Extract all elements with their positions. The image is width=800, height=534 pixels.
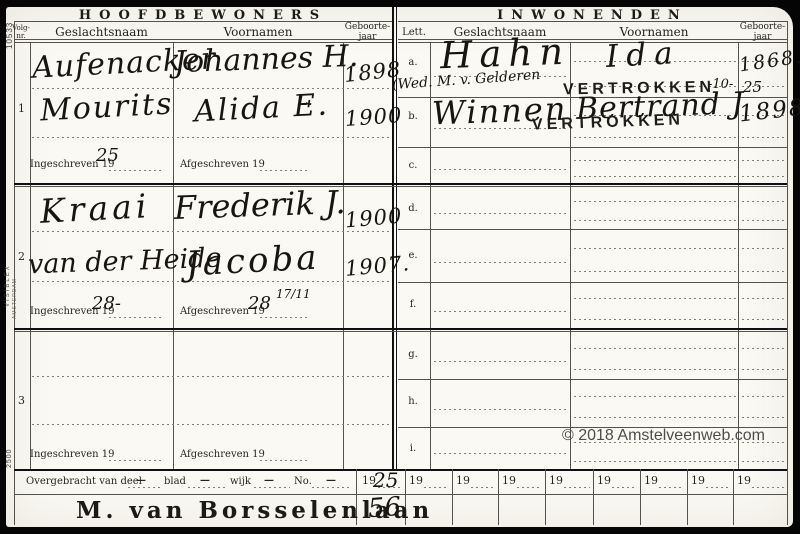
lett-c: c. [398,160,428,172]
dotted-rule [574,369,736,370]
dotted-rule [109,460,161,461]
serial-number-bottom: 2500 [6,448,13,468]
dotted-rule [742,201,785,202]
dotted-rule [32,88,390,89]
afgeschreven-date: 17/11 [276,288,311,300]
birthyear-entry: 1898 [738,97,800,127]
dotted-rule [742,396,785,397]
year-cell: 19 [644,475,658,488]
table-rule [14,469,787,471]
year-cell: 19 [409,475,423,488]
lett-i: i. [398,443,428,455]
dotted-rule [434,409,568,410]
dotted-rule [574,160,736,161]
table-rule [570,42,571,469]
table-rule [14,21,15,525]
dotted-rule [742,176,785,177]
dotted-rule [471,487,495,488]
column-header-firstnames: Voornamen [173,26,343,40]
dotted-rule [742,461,785,462]
dotted-rule [659,487,684,488]
dotted-rule [742,137,785,138]
table-rule [593,469,594,525]
dotted-rule [574,248,736,249]
no-dash: — [326,475,336,487]
dotted-rule [260,170,308,171]
row-number: 3 [18,395,25,408]
element: Volg- [12,24,30,32]
firstnames-entry: Johannes H. [174,42,359,78]
year-cell-value: 25 [373,470,398,490]
dotted-rule [434,169,568,170]
blad-label: blad [164,476,186,488]
table-rule [640,469,641,525]
table-rule [398,282,787,283]
dotted-rule [188,487,226,488]
hoofdbewoners-title: HOOFDBEWONERS [14,8,392,23]
widow-note: (Wed. M. v. Gelderen [392,68,541,92]
lett-d: d. [398,203,428,215]
birthyear-entry: 1900 [344,105,403,130]
dotted-rule [574,319,736,320]
dotted-rule [260,460,308,461]
dotted-rule [706,487,730,488]
dotted-rule [564,487,590,488]
dotted-rule [128,487,160,488]
transfer-label: Overgebracht van deel [26,476,142,488]
population-register-card: 10533 VISIBLEX AMSTERDAM 2500 HOOFDBEWON… [6,7,793,527]
ingeschreven-year: 25 [96,147,119,165]
dotted-rule [574,137,736,138]
table-rule [398,379,787,380]
departure-date-year: 25 [743,80,762,95]
year-cell: 19 [691,475,705,488]
dotted-rule [742,348,785,349]
wijk-label: wijk [230,476,251,488]
element: nr. [16,32,25,40]
house-number: 56 [367,494,402,522]
dotted-rule [574,176,736,177]
surname-entry: Hahn [439,33,570,75]
wijk-dash: — [264,475,274,487]
dotted-rule [32,424,390,425]
firstnames-entry: Jacoba [185,241,320,282]
row-number: 1 [18,103,25,116]
dotted-rule [742,369,785,370]
birthyear-entry: 1868. [738,48,800,76]
lett-h: h. [398,396,428,408]
firstnames-entry: Alida E. [193,90,329,127]
afgeschreven-label: Afgeschreven 19 [180,159,265,171]
ingeschreven-year: 28- [92,295,121,313]
ingeschreven-label: Ingeschreven 19 [30,449,115,461]
firstnames-entry: Frederik J. [173,186,345,224]
element: Geboorte- [740,22,785,32]
dotted-rule [517,487,542,488]
copyright-watermark: © 2018 Amstelveenweb.com [562,427,765,445]
dotted-rule [574,271,736,272]
dotted-rule [742,160,785,161]
element: jaar [359,32,377,42]
table-rule [14,183,787,185]
dotted-rule [574,417,736,418]
dotted-rule [32,137,390,138]
vertrokken-stamp: VERTROKKEN [532,112,684,133]
table-rule [498,469,499,525]
year-cell: 19 [456,475,470,488]
dotted-rule [742,298,785,299]
table-rule [14,494,787,495]
column-header-birthyear: Geboorte- jaar [738,22,787,43]
dotted-rule [742,271,785,272]
dotted-rule [424,487,449,488]
dotted-rule [742,319,785,320]
inwonenden-title: INWONENDEN [398,8,787,23]
dotted-rule [574,220,736,221]
dotted-rule [312,487,352,488]
dotted-rule [574,461,736,462]
table-rule [545,469,546,525]
dotted-rule [574,348,736,349]
element: Geboorte- [345,22,390,32]
afgeschreven-label: Afgeschreven 19 [180,449,265,461]
element: jaar [754,32,772,42]
table-rule [14,328,787,330]
dotted-rule [434,213,568,214]
dotted-rule [612,487,637,488]
street-name: M. van Borsselenlaan [76,498,356,524]
dotted-rule [260,317,308,318]
printer-name-vertical: VISIBLEX [5,264,11,307]
year-cell: 19 [549,475,563,488]
dotted-rule [574,298,736,299]
table-rule [452,469,453,525]
column-header-lett: Lett. [398,27,430,39]
firstnames-entry: Ida [605,38,681,73]
lett-f: f. [398,299,428,311]
scanned-register-photo: { "hoofdbewoners": { "title": "HOOFDBEWO… [0,0,800,534]
dotted-rule [109,317,161,318]
dotted-rule [574,396,736,397]
dotted-rule [434,361,568,362]
surname-entry: Kraai [39,189,151,228]
dotted-rule [752,487,784,488]
year-cell: 19 [737,475,751,488]
table-rule [687,469,688,525]
column-header-volgnr: Volg- nr. [11,24,31,40]
dotted-rule [742,220,785,221]
blad-dash: — [200,475,210,487]
row-number: 2 [18,251,25,264]
table-rule [733,469,734,525]
year-cell: 19 [502,475,516,488]
lett-e: e. [398,250,428,262]
dotted-rule [32,231,390,232]
table-rule [398,147,787,148]
lett-b: b. [398,111,428,123]
surname-entry: Mourits [39,90,174,127]
table-rule [398,229,787,230]
dotted-rule [254,487,290,488]
column-header-surname: Geslachtsnaam [30,26,173,40]
table-rule [14,331,787,332]
dotted-rule [742,248,785,249]
dotted-rule [742,417,785,418]
no-label: No. [294,476,312,488]
dotted-rule [574,201,736,202]
lett-g: g. [398,349,428,361]
dotted-rule [434,262,568,263]
afgeschreven-year: 28 [248,295,271,313]
lett-a: a. [398,57,428,69]
transfer-deel-dash: — [136,475,146,487]
dotted-rule [109,170,161,171]
year-cell: 19 [597,475,611,488]
printer-city-vertical: AMSTERDAM [12,278,18,319]
birthyear-entry: 1900 [344,206,403,232]
dotted-rule [434,311,568,312]
dotted-rule [32,376,390,377]
dotted-rule [434,453,568,454]
